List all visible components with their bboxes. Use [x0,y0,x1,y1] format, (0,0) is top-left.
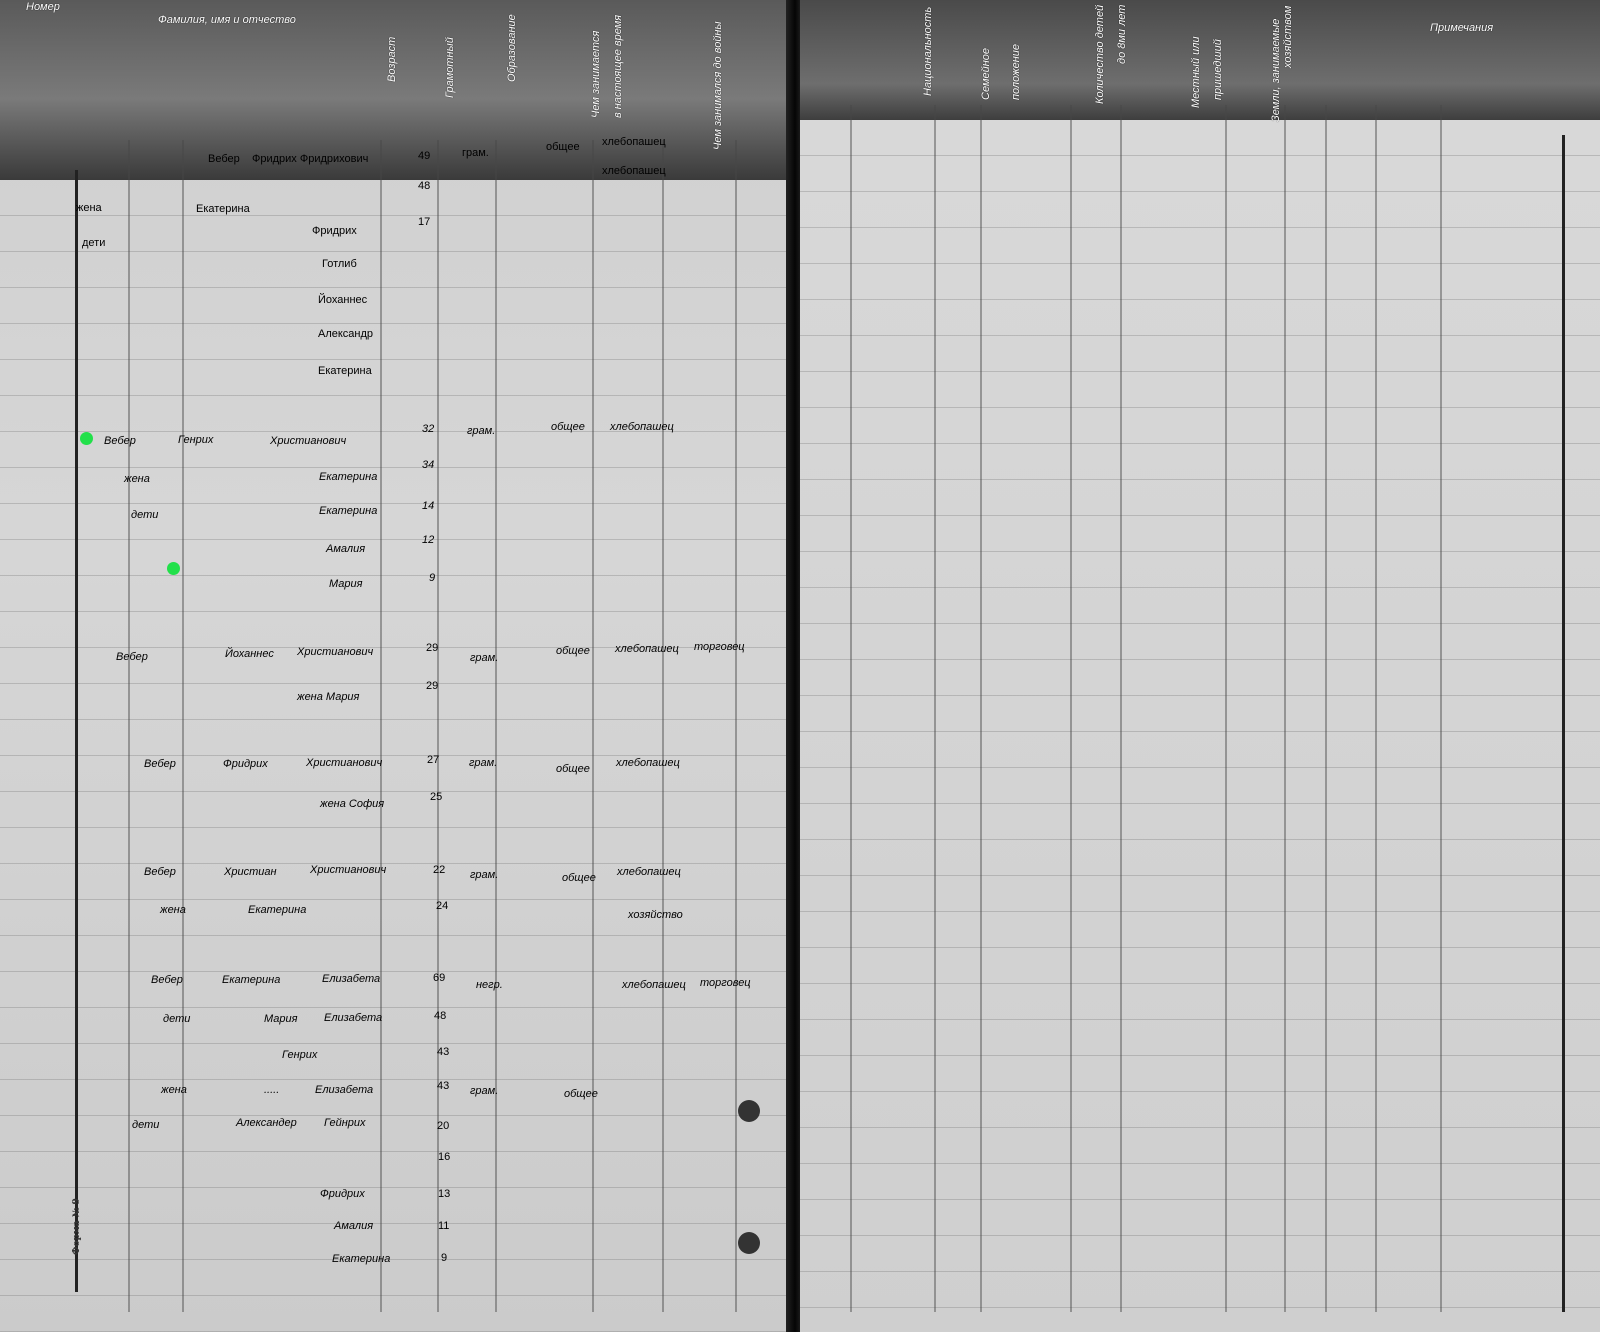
entry-education: общее [562,872,596,884]
entry-patronymic: Христианович [310,864,386,876]
entry-age: 24 [436,900,448,912]
entry-name: Фридрих Фридрихович [252,153,368,165]
entry-literacy: грам. [470,1085,498,1097]
binder-hole [738,1232,760,1254]
entry-role: жена [76,202,102,214]
col-header-age: Возраст [386,37,398,82]
entry-education: общее [551,421,585,433]
binder-hole [738,1100,760,1122]
entry-occupation: хлебопашец [610,421,674,433]
entry-name: Йоханнес [318,294,367,306]
entry-literacy: грам. [470,652,498,664]
entry-patronymic: Христианович [270,435,346,447]
entry-age: 14 [422,500,434,512]
col-header-family-status-2: положение [1010,44,1022,100]
entry-age: 49 [418,150,430,162]
col-header-occupation-1: Чем занимается [590,31,602,118]
margin-rule [75,170,78,1292]
entry-first-name: Мария [264,1013,298,1025]
entry-name: Екатерина [318,365,372,377]
entry-age: 34 [422,459,434,471]
entry-role: дети [131,509,158,521]
entry-name: Готлиб [322,258,357,270]
entry-literacy: грам. [467,425,495,437]
entry-patronymic: Христианович [297,646,373,658]
entry-role: жена [160,904,186,916]
entry-literacy: грам. [462,147,489,159]
entry-literacy: грам. [469,757,497,769]
entry-age: 48 [418,180,430,192]
entry-literacy: грам. [470,869,498,881]
col-header-local-1: Местный или [1190,36,1202,108]
entry-surname: Вебер [151,974,183,986]
entry-age: 22 [433,864,445,876]
entry-patronymic: Елизабета [322,973,380,985]
entry-name: Мария [329,578,363,590]
entry-literacy: негр. [476,979,503,991]
entry-name: Екатерина [248,904,306,916]
form-label: Форма № 9 [72,1198,82,1255]
col-header-family-status-1: Семейное [980,48,992,100]
entry-age: 11 [438,1220,449,1232]
entry-age: 25 [430,791,442,803]
entry-patronymic: Елизабета [324,1012,382,1024]
entry-name: Фридрих [312,225,357,237]
entry-surname: Вебер [144,758,176,770]
entry-first-name: Амалия [334,1220,373,1232]
col-header-literate: Грамотный [444,37,456,98]
entry-occupation: хозяйство [628,909,683,921]
entry-surname: Вебер [116,651,148,663]
entry-name: Амалия [326,543,365,555]
entry-role: жена София [320,798,384,810]
entry-name: Екатерина [319,505,377,517]
entry-age: 69 [433,972,445,984]
entry-first-name: Екатерина [222,974,280,986]
col-header-name: Фамилия, имя и отчество [158,14,296,26]
entry-first-name: Фридрих [223,758,268,770]
entry-role: жена Мария [297,691,359,703]
entry-education: общее [546,141,580,153]
entry-surname: Вебер [144,866,176,878]
entry-role: дети [82,237,105,249]
entry-education: общее [556,645,590,657]
marker-dot [167,562,180,575]
entry-age: 16 [438,1151,450,1163]
right-page: Национальность Семейное положение Количе… [800,0,1600,1332]
entry-name: Александр [318,328,373,340]
entry-age: 13 [438,1188,450,1200]
entry-occupation: хлебопашец [622,979,686,991]
entry-name: Екатерина [319,471,377,483]
entry-age: 27 [427,754,439,766]
col-header-land-1: Земли, занимаемые [1270,19,1282,122]
entry-age: 43 [437,1046,449,1058]
entry-patronymic: Гейнрих [324,1117,366,1129]
entry-first-name: Христиан [224,866,277,878]
col-header-local-2: пришедший [1212,39,1224,100]
col-header-nationality: Национальность [922,7,934,96]
col-header-notes: Примечания [1430,22,1493,34]
entry-age: 9 [441,1252,447,1264]
entry-age: 20 [437,1120,449,1132]
entry-name: Екатерина [196,203,250,215]
entry-occupation: хлебопашец [617,866,681,878]
entry-first-name: ..... [264,1084,279,1096]
col-header-prewar: Чем занимался до войны [712,21,724,150]
entry-role: жена [161,1084,187,1096]
left-header-band [0,0,790,180]
entry-age: 12 [422,534,434,546]
col-header-children-1: Количество детей [1094,5,1106,104]
col-header-education: Образование [506,14,518,82]
marker-dot [80,432,93,445]
col-header-number: Номер [26,1,60,13]
entry-first-name: Александер [236,1117,297,1129]
col-header-land-2: хозяйством [1282,6,1294,68]
col-header-occupation-2: в настоящее время [612,15,624,118]
entry-first-name: Генрих [282,1049,317,1061]
entry-age: 9 [429,572,435,584]
entry-education: общее [556,763,590,775]
entry-age: 43 [437,1080,449,1092]
entry-age: 17 [418,216,430,228]
entry-role: дети [163,1013,190,1025]
entry-patronymic: Христианович [306,757,382,769]
entry-occupation: хлебопашец [615,643,679,655]
entry-first-name: Екатерина [332,1253,390,1265]
entry-role: дети [132,1119,159,1131]
entry-first-name: Йоханнес [225,648,274,660]
entry-prewar: торговец [694,641,745,653]
entry-age: 29 [426,642,438,654]
entry-name: Вебер [208,153,240,165]
entry-occupation: хлебопашец [602,165,666,177]
entry-role: жена [124,473,150,485]
entry-first-name: Фридрих [320,1188,365,1200]
entry-patronymic: Елизабета [315,1084,373,1096]
entry-occupation: хлебопашец [602,136,666,148]
entry-education: общее [564,1088,598,1100]
col-header-children-2: до 8ми лет [1116,5,1128,64]
entry-age: 48 [434,1010,446,1022]
entry-first-name: Генрих [178,434,213,446]
left-page: Форма № 9 Номер Фамилия, имя и отчество … [0,0,790,1332]
entry-occupation: хлебопашец [616,757,680,769]
entry-age: 32 [422,423,434,435]
entry-surname: Вебер [104,435,136,447]
entry-prewar: торговец [700,977,751,989]
entry-age: 29 [426,680,438,692]
